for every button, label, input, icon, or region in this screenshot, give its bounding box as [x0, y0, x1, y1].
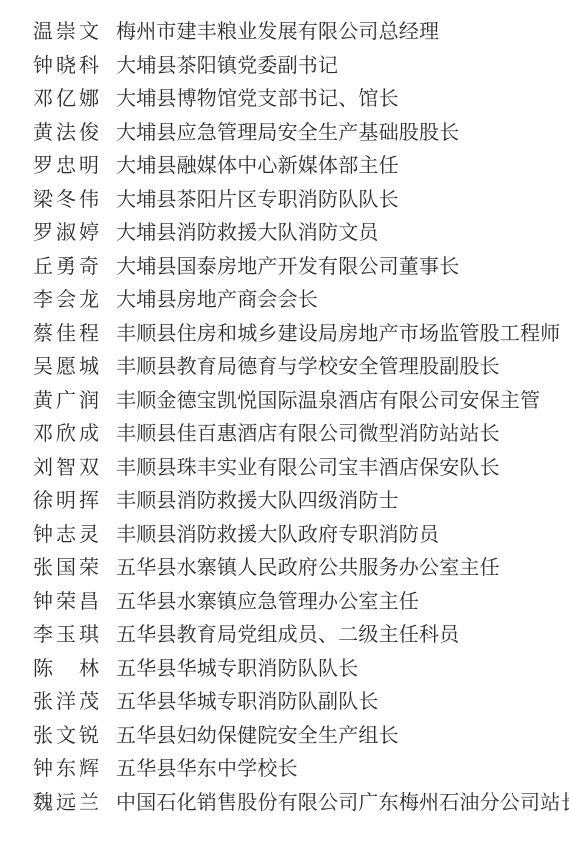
person-title: 大埔县博物馆党支部书记、馆长	[116, 82, 399, 111]
roster-row: 罗忠明 大埔县融媒体中心新媒体部主任	[33, 147, 569, 181]
person-name: 吴愿城	[33, 350, 99, 379]
person-title: 大埔县融媒体中心新媒体部主任	[116, 149, 399, 178]
roster-row: 温崇文 梅州市建丰粮业发展有限公司总经理	[33, 13, 569, 47]
person-name: 温崇文	[33, 15, 99, 44]
roster-row: 罗淑婷 大埔县消防救援大队消防文员	[33, 214, 569, 248]
roster-row: 吴愿城 丰顺县教育局德育与学校安全管理股副股长	[33, 348, 569, 382]
roster-row: 李会龙 大埔县房地产商会会长	[33, 281, 569, 315]
roster-row: 丘勇奇 大埔县国泰房地产开发有限公司董事长	[33, 248, 569, 282]
person-name: 李玉琪	[33, 618, 99, 647]
person-title: 五华县华城专职消防队副队长	[116, 685, 379, 714]
person-title: 五华县妇幼保健院安全生产组长	[116, 719, 399, 748]
roster-row: 徐明挥 丰顺县消防救援大队四级消防士	[33, 482, 569, 516]
person-title: 五华县华城专职消防队队长	[116, 652, 358, 681]
roster-row: 邓亿娜 大埔县博物馆党支部书记、馆长	[33, 80, 569, 114]
person-title: 大埔县应急管理局安全生产基础股股长	[116, 116, 459, 145]
person-name: 刘智双	[33, 451, 99, 480]
roster-row: 陈 林 五华县华城专职消防队队长	[33, 650, 569, 684]
person-title: 大埔县房地产商会会长	[116, 283, 318, 312]
person-name: 邓欣成	[33, 417, 99, 446]
document-page: 温崇文 梅州市建丰粮业发展有限公司总经理 钟晓科 大埔县茶阳镇党委副书记 邓亿娜…	[0, 0, 569, 841]
person-title: 丰顺县教育局德育与学校安全管理股副股长	[116, 350, 500, 379]
person-name: 钟志灵	[33, 518, 99, 547]
person-name: 丘勇奇	[33, 250, 99, 279]
person-title: 丰顺县消防救援大队四级消防士	[116, 484, 399, 513]
person-title: 丰顺县消防救援大队政府专职消防员	[116, 518, 439, 547]
person-name: 钟晓科	[33, 49, 99, 78]
person-name: 罗忠明	[33, 149, 99, 178]
person-name: 张洋茂	[33, 685, 99, 714]
roster-row: 钟荣昌 五华县水寨镇应急管理办公室主任	[33, 583, 569, 617]
roster-row: 刘智双 丰顺县珠丰实业有限公司宝丰酒店保安队长	[33, 449, 569, 483]
person-title: 五华县华东中学校长	[116, 752, 298, 781]
person-name: 罗淑婷	[33, 216, 99, 245]
roster-row: 钟东辉 五华县华东中学校长	[33, 750, 569, 784]
person-title: 梅州市建丰粮业发展有限公司总经理	[116, 15, 439, 44]
roster-row: 邓欣成 丰顺县佳百惠酒店有限公司微型消防站站长	[33, 415, 569, 449]
roster-row: 张洋茂 五华县华城专职消防队副队长	[33, 683, 569, 717]
person-title: 五华县水寨镇应急管理办公室主任	[116, 585, 419, 614]
roster-row: 黄法俊 大埔县应急管理局安全生产基础股股长	[33, 114, 569, 148]
roster-row: 梁冬伟 大埔县茶阳片区专职消防队队长	[33, 181, 569, 215]
roster-row: 钟志灵 丰顺县消防救援大队政府专职消防员	[33, 516, 569, 550]
person-title: 丰顺县珠丰实业有限公司宝丰酒店保安队长	[116, 451, 500, 480]
person-title: 五华县教育局党组成员、二级主任科员	[116, 618, 459, 647]
person-title: 大埔县消防救援大队消防文员	[116, 216, 379, 245]
person-title: 中国石化销售股份有限公司广东梅州石油分公司站长	[116, 786, 569, 815]
roster-row: 钟晓科 大埔县茶阳镇党委副书记	[33, 47, 569, 81]
person-name: 李会龙	[33, 283, 99, 312]
roster-row: 蔡佳程 丰顺县住房和城乡建设局房地产市场监管股工程师	[33, 315, 569, 349]
person-name: 黄法俊	[33, 116, 99, 145]
person-name: 陈 林	[33, 652, 99, 681]
person-name: 钟荣昌	[33, 585, 99, 614]
person-title: 丰顺县住房和城乡建设局房地产市场监管股工程师	[116, 317, 560, 346]
roster-row: 魏远兰 中国石化销售股份有限公司广东梅州石油分公司站长	[33, 784, 569, 818]
person-name: 张国荣	[33, 551, 99, 580]
person-title: 丰顺金德宝凯悦国际温泉酒店有限公司安保主管	[116, 384, 540, 413]
person-name: 魏远兰	[33, 786, 99, 815]
roster-row: 李玉琪 五华县教育局党组成员、二级主任科员	[33, 616, 569, 650]
name-roster-list: 温崇文 梅州市建丰粮业发展有限公司总经理 钟晓科 大埔县茶阳镇党委副书记 邓亿娜…	[0, 0, 569, 817]
person-title: 五华县水寨镇人民政府公共服务办公室主任	[116, 551, 500, 580]
person-title: 大埔县茶阳片区专职消防队队长	[116, 183, 399, 212]
person-title: 大埔县国泰房地产开发有限公司董事长	[116, 250, 459, 279]
person-name: 黄广润	[33, 384, 99, 413]
person-name: 蔡佳程	[33, 317, 99, 346]
person-name: 钟东辉	[33, 752, 99, 781]
person-name: 邓亿娜	[33, 82, 99, 111]
person-name: 张文锐	[33, 719, 99, 748]
person-title: 大埔县茶阳镇党委副书记	[116, 49, 338, 78]
person-name: 徐明挥	[33, 484, 99, 513]
roster-row: 张文锐 五华县妇幼保健院安全生产组长	[33, 717, 569, 751]
person-title: 丰顺县佳百惠酒店有限公司微型消防站站长	[116, 417, 500, 446]
roster-row: 张国荣 五华县水寨镇人民政府公共服务办公室主任	[33, 549, 569, 583]
roster-row: 黄广润 丰顺金德宝凯悦国际温泉酒店有限公司安保主管	[33, 382, 569, 416]
person-name: 梁冬伟	[33, 183, 99, 212]
